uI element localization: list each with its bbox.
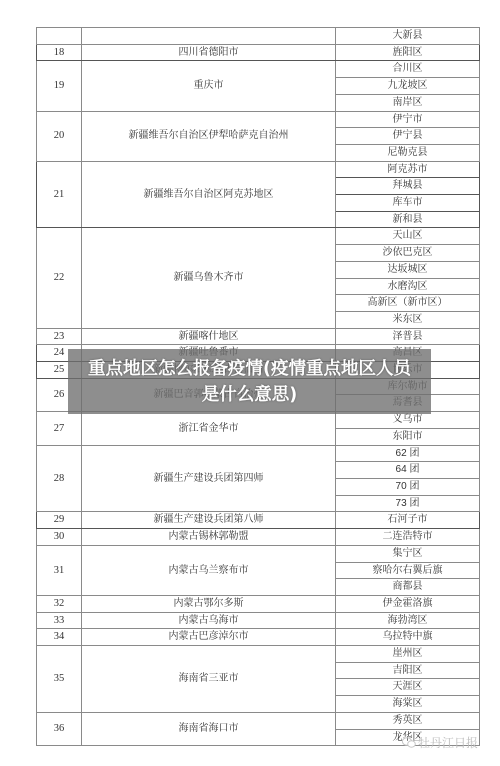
area-name: 新疆维吾尔自治区伊犁哈萨克自治州 bbox=[82, 111, 336, 161]
district-name: 义乌市 bbox=[336, 412, 480, 429]
district-name: 水磨沟区 bbox=[336, 278, 480, 295]
table-row: 23新疆喀什地区泽普县 bbox=[37, 328, 480, 345]
area-name: 新疆乌鲁木齐市 bbox=[82, 228, 336, 328]
row-number: 27 bbox=[37, 412, 82, 445]
district-name: 九龙坡区 bbox=[336, 78, 480, 95]
district-name: 天山区 bbox=[336, 228, 480, 245]
area-name bbox=[82, 28, 336, 45]
table-row: 33内蒙古乌海市海勃湾区 bbox=[37, 612, 480, 629]
area-name: 新疆生产建设兵团第八师 bbox=[82, 512, 336, 529]
row-number: 29 bbox=[37, 512, 82, 529]
area-name: 内蒙古锡林郭勒盟 bbox=[82, 529, 336, 546]
district-name: 米东区 bbox=[336, 311, 480, 328]
table-row: 30内蒙古锡林郭勒盟二连浩特市 bbox=[37, 529, 480, 546]
district-name: 集宁区 bbox=[336, 545, 480, 562]
area-name: 内蒙古巴彦淖尔市 bbox=[82, 629, 336, 646]
article-title: 重点地区怎么报备疫情(疫情重点地区人员是什么意思) bbox=[80, 356, 420, 408]
table-row: 27浙江省金华市义乌市 bbox=[37, 412, 480, 429]
table-row: 22新疆乌鲁木齐市天山区 bbox=[37, 228, 480, 245]
area-name: 新疆维吾尔自治区阿克苏地区 bbox=[82, 161, 336, 228]
row-number: 22 bbox=[37, 228, 82, 328]
row-number: 23 bbox=[37, 328, 82, 345]
row-number: 36 bbox=[37, 712, 82, 745]
district-name: 拜城县 bbox=[336, 178, 480, 195]
table-row: 31内蒙古乌兰察布市集宁区 bbox=[37, 545, 480, 562]
district-name: 伊宁县 bbox=[336, 128, 480, 145]
row-number: 19 bbox=[37, 61, 82, 111]
table-row: 19重庆市合川区 bbox=[37, 61, 480, 78]
district-name: 二连浩特市 bbox=[336, 529, 480, 546]
table-row: 29新疆生产建设兵团第八师石河子市 bbox=[37, 512, 480, 529]
table-row: 28新疆生产建设兵团第四师62 团 bbox=[37, 445, 480, 462]
district-name: 南岸区 bbox=[336, 94, 480, 111]
row-number: 28 bbox=[37, 445, 82, 512]
row-number: 34 bbox=[37, 629, 82, 646]
area-name: 海南省三亚市 bbox=[82, 646, 336, 713]
table-row: 大新县 bbox=[37, 28, 480, 45]
article-title-banner[interactable]: 重点地区怎么报备疫情(疫情重点地区人员是什么意思) bbox=[68, 349, 431, 414]
area-name: 内蒙古鄂尔多斯 bbox=[82, 595, 336, 612]
district-name: 64 团 bbox=[336, 462, 480, 479]
area-name: 四川省德阳市 bbox=[82, 44, 336, 61]
area-name: 内蒙古乌兰察布市 bbox=[82, 545, 336, 595]
district-name: 秀英区 bbox=[336, 712, 480, 729]
district-name: 东阳市 bbox=[336, 428, 480, 445]
district-name: 吉阳区 bbox=[336, 662, 480, 679]
district-name: 伊金霍洛旗 bbox=[336, 595, 480, 612]
district-name: 海棠区 bbox=[336, 696, 480, 713]
table-row: 18四川省德阳市旌阳区 bbox=[37, 44, 480, 61]
district-name: 石河子市 bbox=[336, 512, 480, 529]
row-number: 32 bbox=[37, 595, 82, 612]
district-name: 合川区 bbox=[336, 61, 480, 78]
district-name: 阿克苏市 bbox=[336, 161, 480, 178]
table-row: 36海南省海口市秀英区 bbox=[37, 712, 480, 729]
table-row: 20新疆维吾尔自治区伊犁哈萨克自治州伊宁市 bbox=[37, 111, 480, 128]
district-name: 天涯区 bbox=[336, 679, 480, 696]
district-name: 高新区（新市区） bbox=[336, 295, 480, 312]
area-name: 海南省海口市 bbox=[82, 712, 336, 745]
area-name: 重庆市 bbox=[82, 61, 336, 111]
watermark-text: 牡丹江日报 bbox=[418, 734, 478, 751]
district-name: 察哈尔右翼后旗 bbox=[336, 562, 480, 579]
table-row: 34内蒙古巴彦淖尔市乌拉特中旗 bbox=[37, 629, 480, 646]
district-name: 70 团 bbox=[336, 478, 480, 495]
district-name: 沙依巴克区 bbox=[336, 245, 480, 262]
district-name: 海勃湾区 bbox=[336, 612, 480, 629]
row-number: 31 bbox=[37, 545, 82, 595]
row-number: 35 bbox=[37, 646, 82, 713]
source-watermark: 牡丹江日报 bbox=[402, 734, 478, 751]
district-name: 尼勒克县 bbox=[336, 144, 480, 161]
table-row: 35海南省三亚市崖州区 bbox=[37, 646, 480, 663]
row-number: 30 bbox=[37, 529, 82, 546]
district-name: 泽普县 bbox=[336, 328, 480, 345]
area-name: 新疆生产建设兵团第四师 bbox=[82, 445, 336, 512]
district-name: 商都县 bbox=[336, 579, 480, 596]
area-name: 浙江省金华市 bbox=[82, 412, 336, 445]
district-name: 崖州区 bbox=[336, 646, 480, 663]
table-row: 21新疆维吾尔自治区阿克苏地区阿克苏市 bbox=[37, 161, 480, 178]
table-row: 32内蒙古鄂尔多斯伊金霍洛旗 bbox=[37, 595, 480, 612]
district-name: 新和县 bbox=[336, 211, 480, 228]
district-name: 伊宁市 bbox=[336, 111, 480, 128]
row-number: 33 bbox=[37, 612, 82, 629]
wechat-icon bbox=[402, 737, 416, 748]
district-name: 旌阳区 bbox=[336, 44, 480, 61]
row-number bbox=[37, 28, 82, 45]
area-name: 内蒙古乌海市 bbox=[82, 612, 336, 629]
row-number: 21 bbox=[37, 161, 82, 228]
district-name: 大新县 bbox=[336, 28, 480, 45]
district-name: 73 团 bbox=[336, 495, 480, 512]
district-name: 达坂城区 bbox=[336, 261, 480, 278]
row-number: 20 bbox=[37, 111, 82, 161]
area-name: 新疆喀什地区 bbox=[82, 328, 336, 345]
district-name: 库车市 bbox=[336, 195, 480, 212]
district-name: 62 团 bbox=[336, 445, 480, 462]
row-number: 18 bbox=[37, 44, 82, 61]
district-name: 乌拉特中旗 bbox=[336, 629, 480, 646]
